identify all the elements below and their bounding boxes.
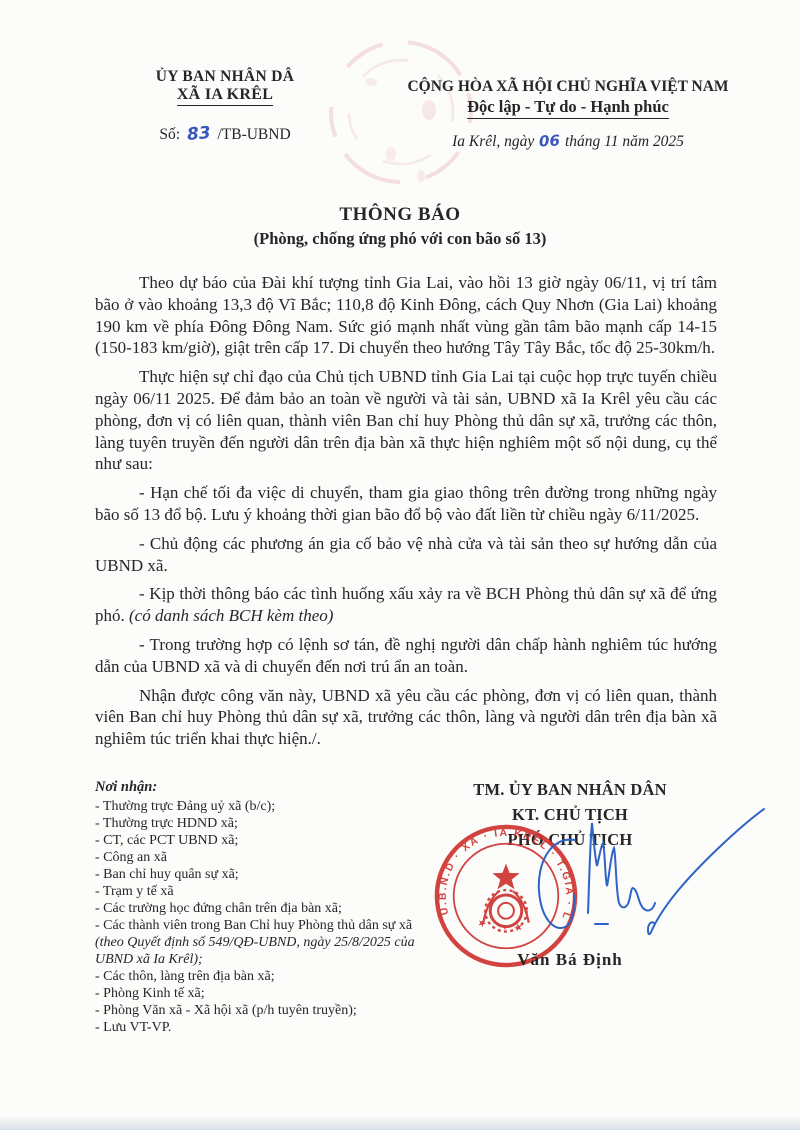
recipient-item: - Trạm y tế xã — [95, 883, 420, 900]
recipient-text: - Các thành viên trong Ban Chỉ huy Phòng… — [95, 918, 412, 933]
dateline-suffix: tháng 11 năm 2025 — [565, 133, 684, 150]
title-block: THÔNG BÁO (Phòng, chống ứng phó với con … — [0, 204, 800, 249]
document-number-prefix: Số: — [159, 126, 180, 143]
place-dateline: Ia Krêl, ngày 06 tháng 11 năm 2025 — [398, 132, 738, 151]
recipient-item: - Thường trực HDND xã; — [95, 815, 420, 832]
bullet-text: - Trong trường hợp có lệnh sơ tán, đề ng… — [95, 635, 717, 676]
issuer-header: ỦY BAN NHÂN DÂ XÃ IA KRÊL Số: 83 /TB-UBN… — [100, 68, 350, 144]
document-subtitle: (Phòng, chống ứng phó với con bão số 13) — [0, 229, 800, 249]
issuer-name-line1: ỦY BAN NHÂN DÂ — [100, 68, 350, 86]
national-motto-line2: Độc lập - Tự do - Hạnh phúc — [467, 97, 669, 119]
scanned-official-document: ỦY BAN NHÂN DÂ XÃ IA KRÊL Số: 83 /TB-UBN… — [0, 0, 800, 1130]
bullet-text: - Chủ động các phương án gia cố bảo vệ n… — [95, 534, 717, 575]
bullet-note-italic: (có danh sách BCH kèm theo) — [129, 606, 333, 625]
recipient-item: - Công an xã — [95, 849, 420, 866]
signer-name: Văn Bá Định — [405, 950, 735, 970]
issuer-name-line2: XÃ IA KRÊL — [177, 86, 273, 106]
paragraph-directive: Thực hiện sự chỉ đạo của Chủ tịch UBND t… — [95, 366, 717, 475]
handwritten-signature-icon — [518, 793, 780, 963]
recipient-item: - Thường trực Đảng uỷ xã (b/c); — [95, 798, 420, 815]
stamp-emblem-star-icon — [492, 863, 519, 889]
document-number-suffix: /TB-UBND — [217, 126, 290, 143]
recipient-item: - Các trường học đứng chân trên địa bàn … — [95, 900, 420, 917]
recipient-item: - Các thành viên trong Ban Chỉ huy Phòng… — [95, 917, 420, 968]
document-number-handwritten: 83 — [183, 123, 214, 146]
recipient-item: - Phòng Văn xã - Xã hội xã (p/h tuyên tr… — [95, 1002, 420, 1019]
recipient-text: - Phòng Văn xã - Xã hội xã (p/h tuyên tr… — [95, 1003, 357, 1018]
document-number: Số: 83 /TB-UBND — [100, 124, 350, 144]
recipient-item: - Phòng Kinh tế xã; — [95, 985, 420, 1002]
recipient-item: - Các thôn, làng trên địa bàn xã; — [95, 968, 420, 985]
recipient-note-italic: (theo Quyết định số 549/QĐ-UBND, ngày 25… — [95, 935, 415, 967]
dateline-prefix: Ia Krêl, ngày — [452, 133, 534, 150]
recipient-text: - Thường trực Đảng uỷ xã (b/c); — [95, 799, 275, 814]
bullet-item: - Chủ động các phương án gia cố bảo vệ n… — [95, 533, 717, 577]
document-body: Theo dự báo của Đài khí tượng tỉnh Gia L… — [95, 272, 717, 757]
bullet-item: - Trong trường hợp có lệnh sơ tán, đề ng… — [95, 634, 717, 678]
recipient-item: - Ban chỉ huy quân sự xã; — [95, 866, 420, 883]
dateline-day-handwritten: 06 — [538, 131, 562, 150]
recipient-text: - Các thôn, làng trên địa bàn xã; — [95, 969, 275, 984]
recipient-text: - CT, các PCT UBND xã; — [95, 833, 238, 848]
recipient-text: - Trạm y tế xã — [95, 884, 174, 899]
national-header: CỘNG HÒA XÃ HỘI CHỦ NGHĨA VIỆT NAM Độc l… — [398, 78, 738, 151]
recipient-text: - Phòng Kinh tế xã; — [95, 986, 205, 1001]
national-motto-line1: CỘNG HÒA XÃ HỘI CHỦ NGHĨA VIỆT NAM — [398, 78, 738, 96]
document-title: THÔNG BÁO — [0, 204, 800, 226]
bullet-text: - Hạn chế tối đa việc di chuyển, tham gi… — [95, 483, 717, 524]
recipient-text: - Công an xã — [95, 850, 167, 865]
recipients-block: Nơi nhận: - Thường trực Đảng uỷ xã (b/c)… — [95, 779, 420, 1036]
recipient-text: - Các trường học đứng chân trên địa bàn … — [95, 901, 342, 916]
paragraph-closing: Nhận được công văn này, UBND xã yêu cầu … — [95, 685, 717, 750]
paragraph-forecast: Theo dự báo của Đài khí tượng tỉnh Gia L… — [95, 272, 717, 359]
bullet-item: - Kịp thời thông báo các tình huống xấu … — [95, 583, 717, 627]
recipient-text: - Lưu VT-VP. — [95, 1020, 171, 1035]
recipients-heading: Nơi nhận: — [95, 779, 420, 796]
recipient-item: - CT, các PCT UBND xã; — [95, 832, 420, 849]
recipient-text: - Ban chỉ huy quân sự xã; — [95, 867, 239, 882]
recipient-item: - Lưu VT-VP. — [95, 1019, 420, 1036]
bullet-item: - Hạn chế tối đa việc di chuyển, tham gi… — [95, 482, 717, 526]
recipient-text: - Thường trực HDND xã; — [95, 816, 238, 831]
